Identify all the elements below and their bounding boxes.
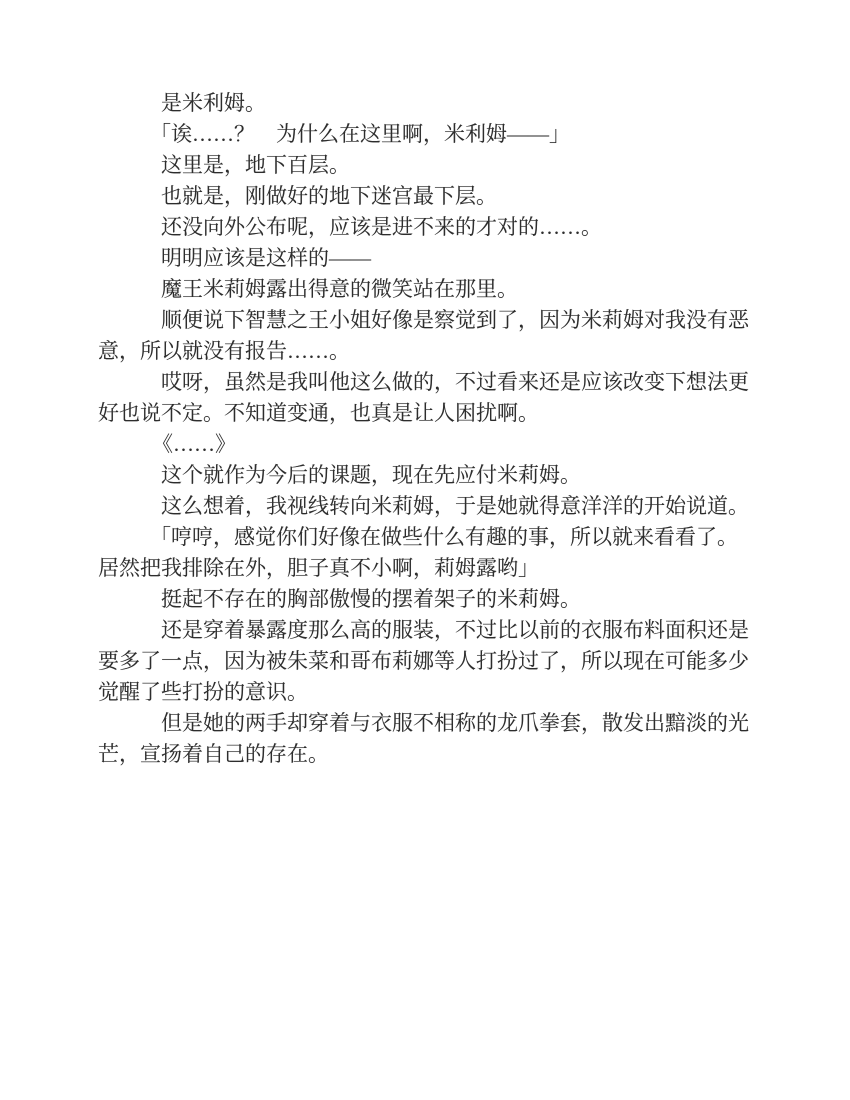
- paragraph: 顺便说下智慧之王小姐好像是察觉到了，因为米莉姆对我没有恶意，所以就没有报告……。: [98, 305, 749, 367]
- paragraph: 还没向外公布呢，应该是进不来的才对的……。: [98, 212, 749, 243]
- paragraph: 「哼哼，感觉你们好像在做些什么有趣的事，所以就来看看了。居然把我排除在外，胆子真…: [98, 522, 749, 584]
- paragraph: 《……》: [98, 429, 749, 460]
- text-block: 是米利姆。「诶……？ 为什么在这里啊，米利姆——」这里是，地下百层。也就是，刚做…: [98, 88, 749, 770]
- paragraph: 明明应该是这样的——: [98, 243, 749, 274]
- paragraph: 是米利姆。: [98, 88, 749, 119]
- paragraph: 还是穿着暴露度那么高的服装，不过比以前的衣服布料面积还是要多了一点，因为被朱菜和…: [98, 615, 749, 708]
- paragraph: 「诶……？ 为什么在这里啊，米利姆——」: [98, 119, 749, 150]
- novel-page: 是米利姆。「诶……？ 为什么在这里啊，米利姆——」这里是，地下百层。也就是，刚做…: [0, 0, 850, 1100]
- paragraph: 这个就作为今后的课题，现在先应付米莉姆。: [98, 460, 749, 491]
- paragraph: 哎呀，虽然是我叫他这么做的，不过看来还是应该改变下想法更好也说不定。不知道变通，…: [98, 367, 749, 429]
- paragraph: 挺起不存在的胸部傲慢的摆着架子的米莉姆。: [98, 584, 749, 615]
- paragraph: 但是她的两手却穿着与衣服不相称的龙爪拳套，散发出黯淡的光芒，宣扬着自己的存在。: [98, 708, 749, 770]
- paragraph: 也就是，刚做好的地下迷宫最下层。: [98, 181, 749, 212]
- paragraph: 魔王米莉姆露出得意的微笑站在那里。: [98, 274, 749, 305]
- paragraph: 这里是，地下百层。: [98, 150, 749, 181]
- paragraph: 这么想着，我视线转向米莉姆，于是她就得意洋洋的开始说道。: [98, 491, 749, 522]
